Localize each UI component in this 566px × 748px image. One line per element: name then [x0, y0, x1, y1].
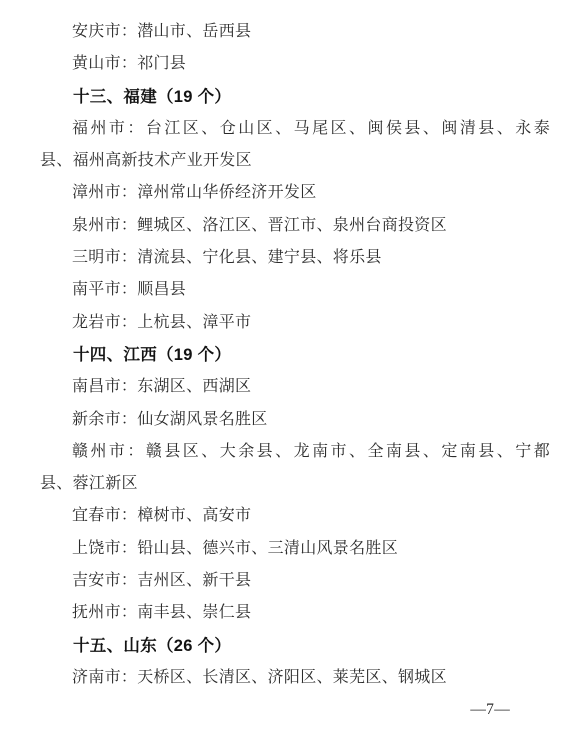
entry-line: 宜春市：樟树市、高安市: [40, 500, 550, 532]
entry-line: 赣州市：赣县区、大余县、龙南市、全南县、定南县、宁都: [40, 436, 550, 468]
entry-line: 上饶市：铅山县、德兴市、三清山风景名胜区: [40, 533, 550, 565]
entry-line: 吉安市：吉州区、新干县: [40, 565, 550, 597]
entry-line: 漳州市：漳州常山华侨经济开发区: [40, 177, 550, 209]
entry-line: 泉州市：鲤城区、洛江区、晋江市、泉州台商投资区: [40, 210, 550, 242]
entry-line: 三明市：清流县、宁化县、建宁县、将乐县: [40, 242, 550, 274]
entry-continuation: 县、福州高新技术产业开发区: [40, 145, 550, 177]
entry-line: 抚州市：南丰县、崇仁县: [40, 597, 550, 629]
entry-line: 新余市：仙女湖风景名胜区: [40, 404, 550, 436]
entry-line: 济南市：天桥区、长清区、济阳区、莱芜区、钢城区: [40, 662, 550, 694]
entry-line: 黄山市：祁门县: [40, 48, 550, 80]
page-number: —7—: [40, 694, 550, 726]
section-heading: 十四、江西（19 个）: [40, 339, 550, 371]
section-heading: 十三、福建（19 个）: [40, 81, 550, 113]
entry-line: 南昌市：东湖区、西湖区: [40, 371, 550, 403]
entry-line: 龙岩市：上杭县、漳平市: [40, 307, 550, 339]
entry-line: 福州市：台江区、仓山区、马尾区、闽侯县、闽清县、永泰: [40, 113, 550, 145]
entry-line: 南平市：顺昌县: [40, 274, 550, 306]
section-heading: 十五、山东（26 个）: [40, 630, 550, 662]
document-page: 安庆市：潜山市、岳西县 黄山市：祁门县 十三、福建（19 个） 福州市：台江区、…: [0, 0, 566, 748]
entry-continuation: 县、蓉江新区: [40, 468, 550, 500]
entry-line: 安庆市：潜山市、岳西县: [40, 16, 550, 48]
